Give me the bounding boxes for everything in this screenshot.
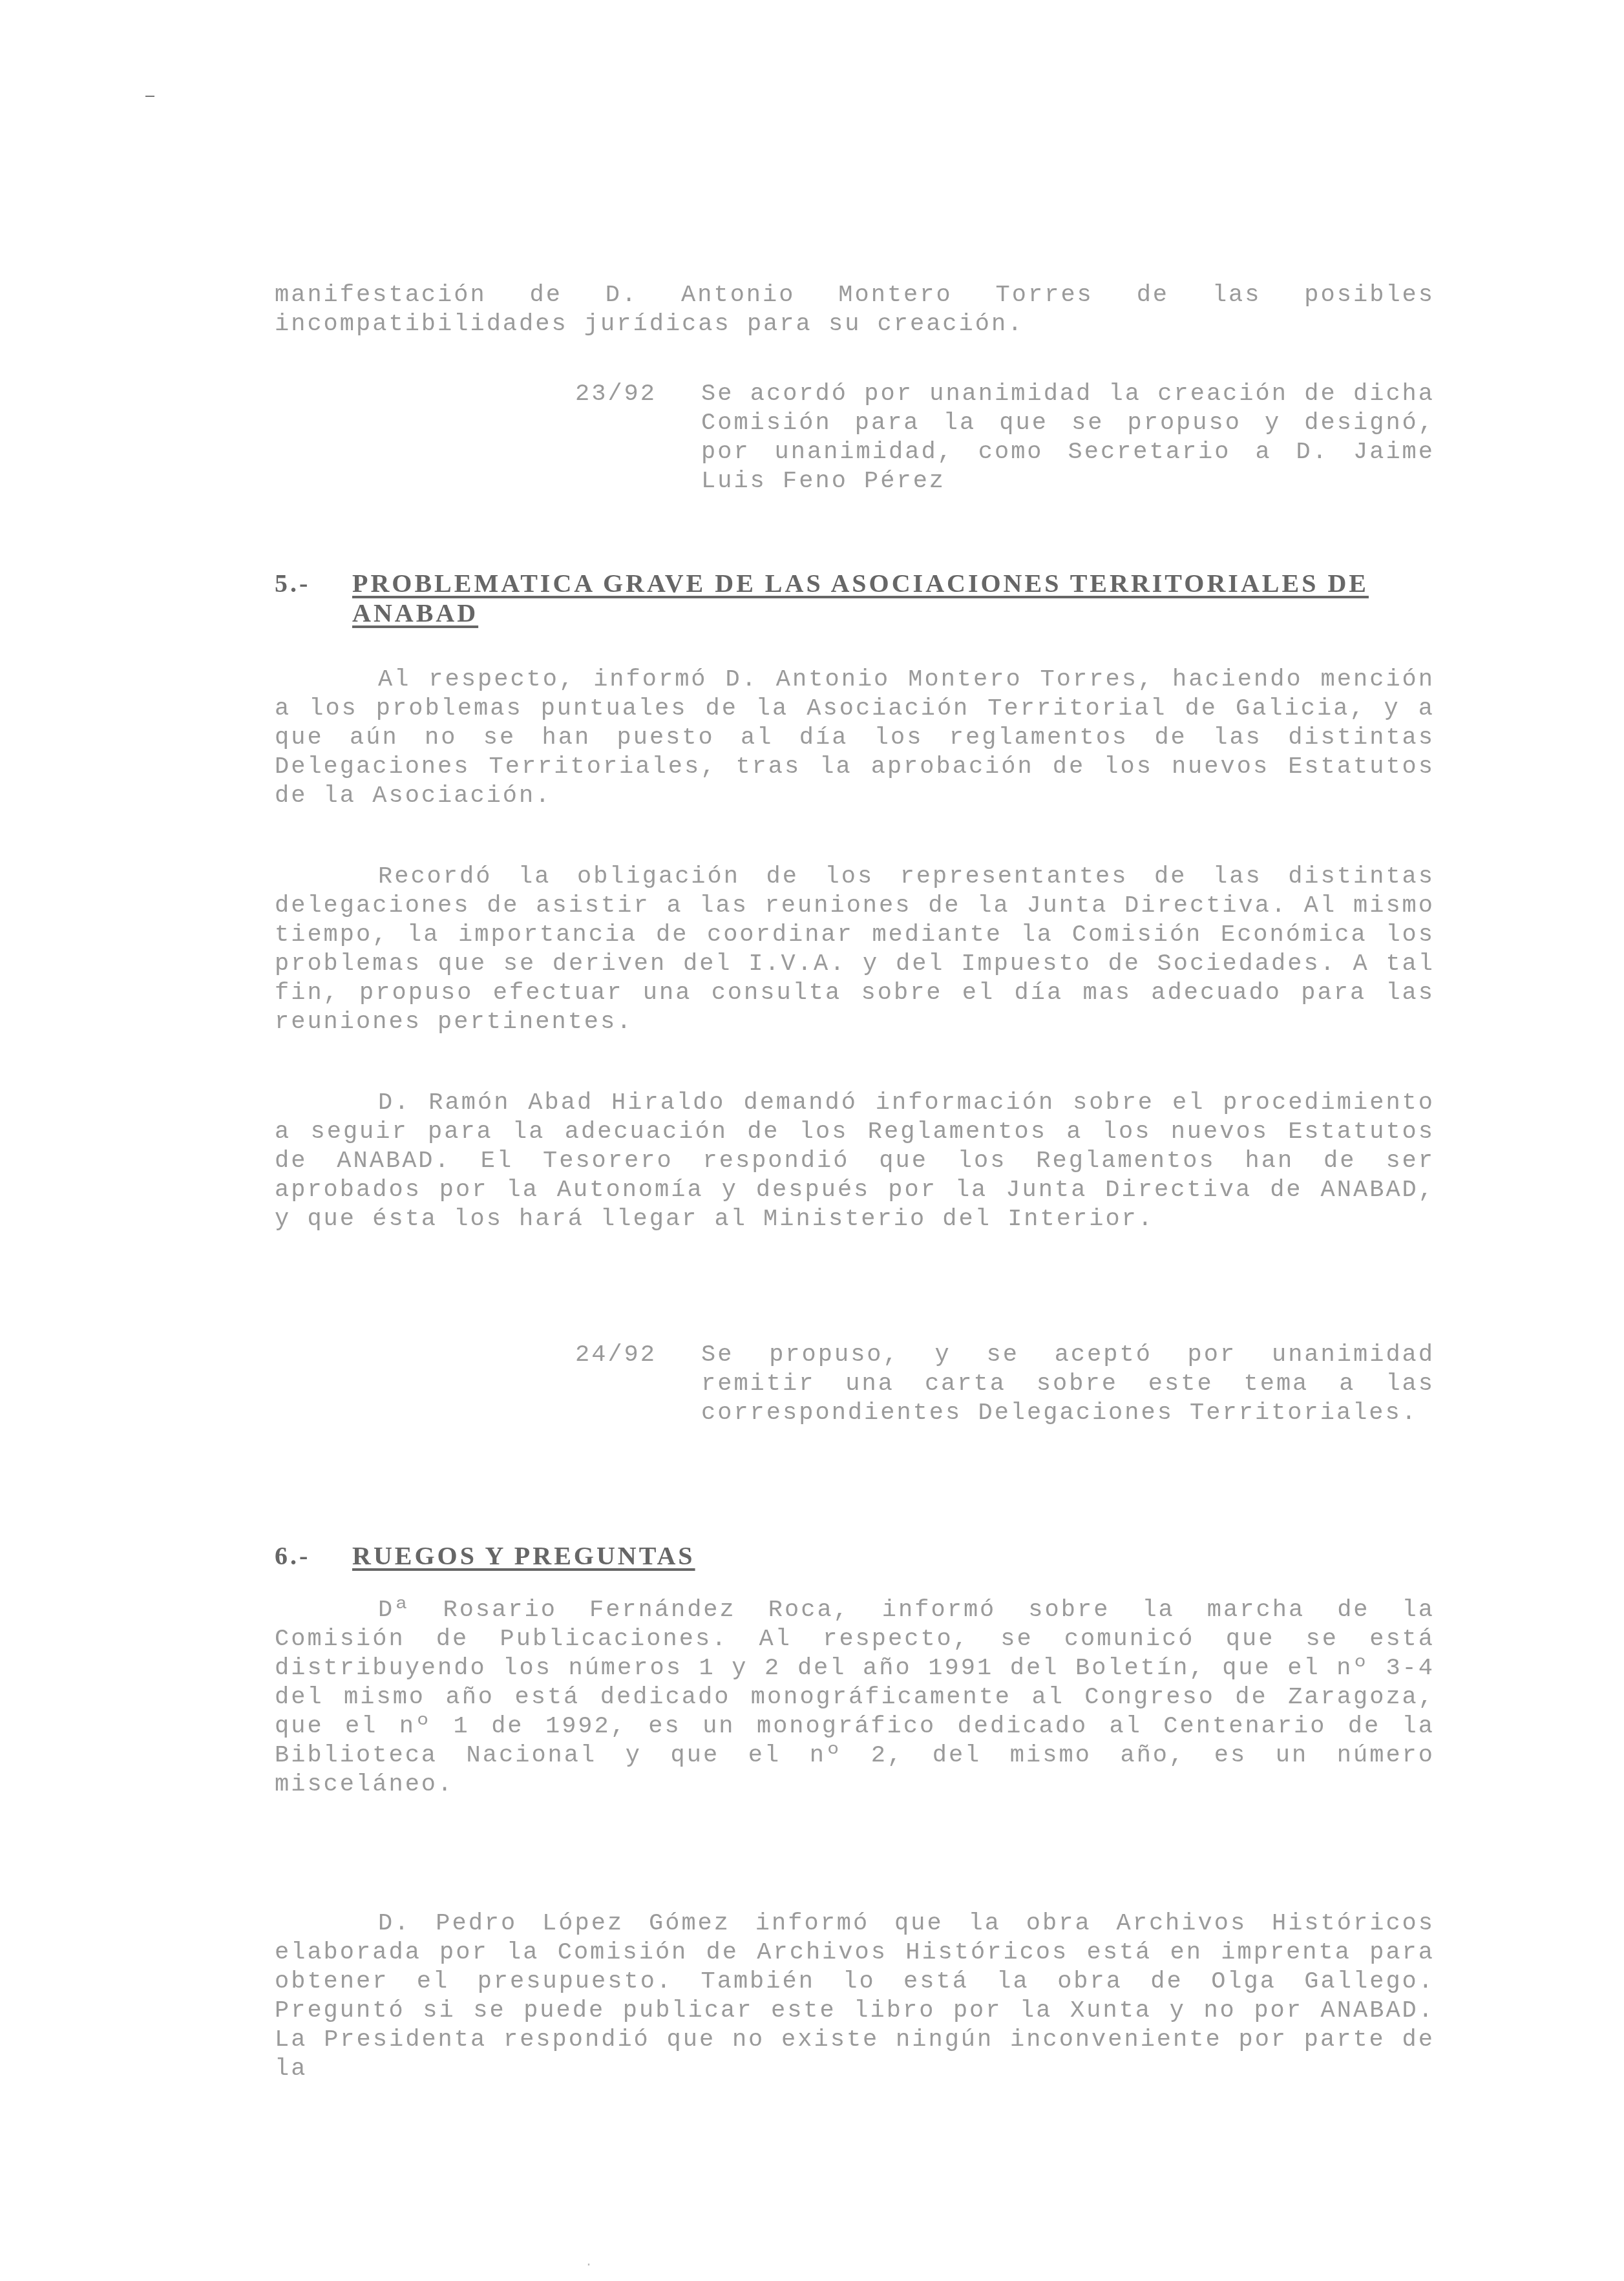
section-title: PROBLEMATICA GRAVE DE LAS ASOCIACIONES T…	[352, 569, 1369, 598]
resolution-text: Se propuso, y se aceptó por unanimidad r…	[701, 1341, 1435, 1428]
section-6-heading: 6.-RUEGOS Y PREGUNTAS	[275, 1541, 695, 1571]
section-5-paragraph-3: D. Ramón Abad Hiraldo demandó informació…	[275, 1089, 1435, 1234]
scan-artifact: ·	[585, 2258, 593, 2273]
section-5-heading: 5.-PROBLEMATICA GRAVE DE LAS ASOCIACIONE…	[275, 569, 1438, 628]
section-5-paragraph-1: Al respecto, informó D. Antonio Montero …	[275, 666, 1435, 811]
resolution-number: 24/92	[575, 1341, 657, 1370]
resolution-text: Se acordó por unanimidad la creación de …	[701, 380, 1435, 496]
section-5-paragraph-2: Recordó la obligación de los representan…	[275, 863, 1435, 1037]
section-number: 6.-	[275, 1541, 352, 1571]
scan-mark	[145, 96, 154, 97]
section-6-paragraph-2: D. Pedro López Gómez informó que la obra…	[275, 1909, 1435, 2084]
section-number: 5.-	[275, 569, 352, 598]
document-page: manifestación de D. Antonio Montero Torr…	[0, 0, 1624, 2281]
intro-paragraph: manifestación de D. Antonio Montero Torr…	[275, 281, 1435, 339]
section-title: RUEGOS Y PREGUNTAS	[352, 1541, 695, 1570]
section-title-cont: ANABAD	[352, 598, 478, 627]
resolution-number: 23/92	[575, 380, 657, 409]
section-6-paragraph-1: Dª Rosario Fernández Roca, informó sobre…	[275, 1596, 1435, 1800]
